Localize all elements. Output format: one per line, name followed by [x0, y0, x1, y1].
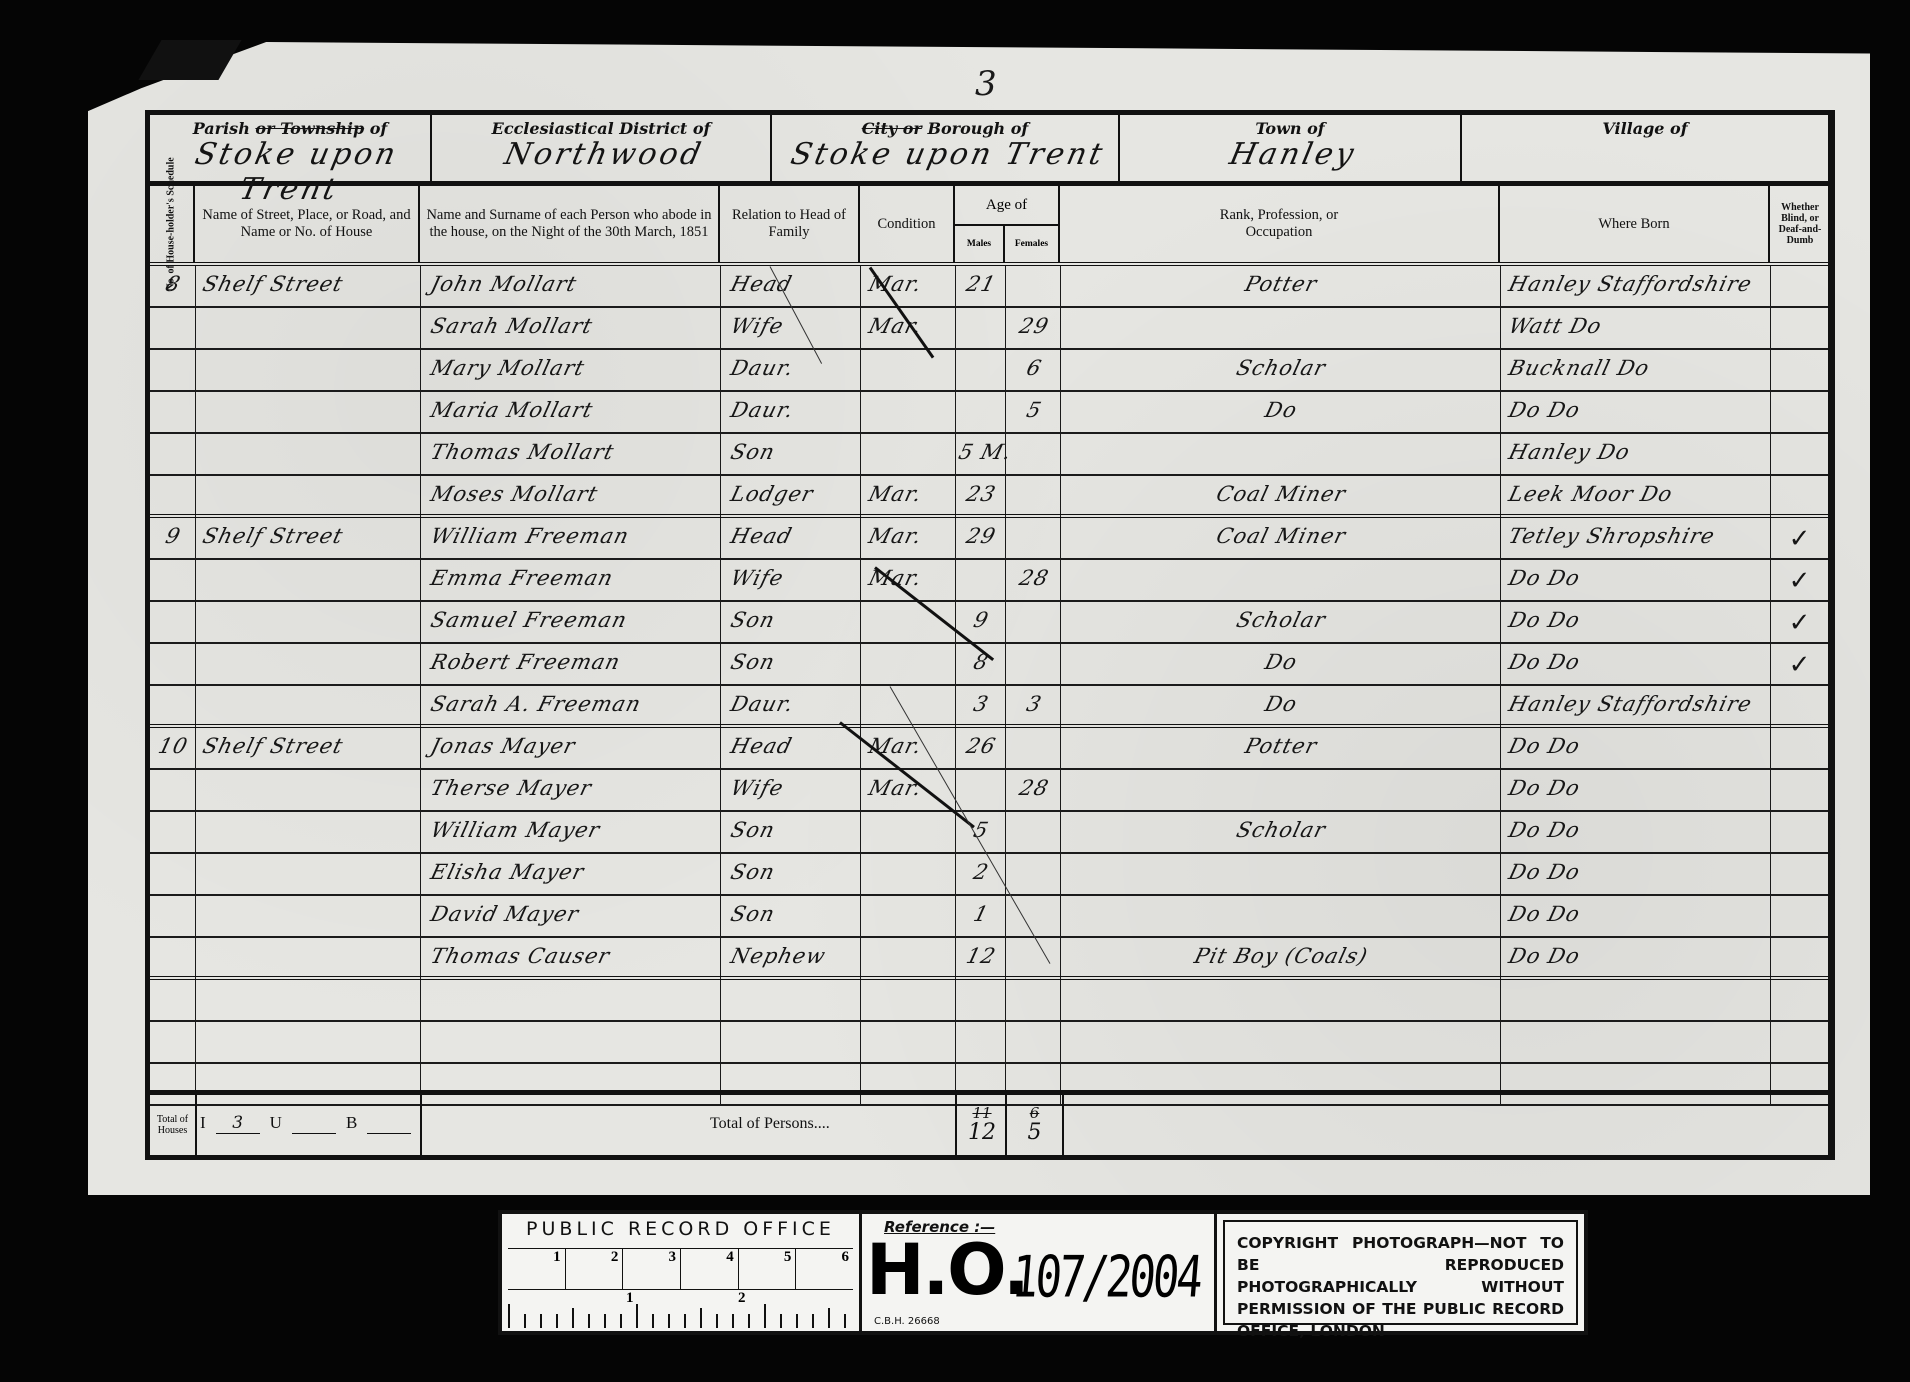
copyright-notice: COPYRIGHT PHOTOGRAPH—NOT TO BE REPRODUCE…	[1223, 1220, 1578, 1325]
cell-relation: Lodger	[726, 482, 859, 516]
table-row: Emma FreemanWifeMar.28Do Do✓	[150, 560, 1828, 602]
ruler-tick	[796, 1314, 798, 1328]
cell-blind	[1775, 272, 1825, 306]
table-row: 10Shelf StreetJonas MayerHeadMar.26Potte…	[150, 728, 1828, 770]
total-males: 1112	[955, 1095, 1007, 1155]
col-name: Name and Surname of each Person who abod…	[420, 186, 720, 262]
cell-relation: Son	[726, 440, 859, 474]
cell-schedule: 9	[150, 524, 194, 558]
table-row: Sarah A. FreemanDaur.33DoHanley Stafford…	[150, 686, 1828, 728]
cell-occupation	[1066, 776, 1494, 810]
ruler-tick	[524, 1314, 526, 1328]
col-street: Name of Street, Place, or Road, and Name…	[195, 186, 420, 262]
cell-blind	[1775, 398, 1825, 432]
column-headers: No. of House-holder's Schedule Name of S…	[150, 186, 1828, 266]
cell-blind	[1775, 860, 1825, 894]
building-count	[367, 1113, 411, 1134]
cell-condition: Mar.	[864, 524, 952, 558]
cell-born: Do Do	[1504, 650, 1767, 684]
cell-name: William Mayer	[426, 818, 719, 852]
cell-blind	[1775, 692, 1825, 726]
table-row: Robert FreemanSon8DoDo Do✓	[150, 644, 1828, 686]
table-row: Therse MayerWifeMar.28Do Do	[150, 770, 1828, 812]
cell-female	[1004, 608, 1062, 642]
cell-name: Elisha Mayer	[426, 860, 719, 894]
cell-name: John Mollart	[426, 272, 719, 306]
cell-street: Shelf Street	[198, 734, 416, 768]
cell-born: Watt Do	[1504, 314, 1767, 348]
cell-schedule	[150, 902, 194, 936]
cell-relation: Wife	[726, 314, 859, 348]
ruler-tick	[620, 1314, 622, 1328]
ruler-tick	[604, 1314, 606, 1328]
cell-street	[198, 608, 416, 642]
cell-male: 23	[954, 482, 1006, 516]
cell-street	[198, 440, 416, 474]
cell-relation: Wife	[726, 566, 859, 600]
cell-male	[954, 314, 1006, 348]
col-age: Age of	[955, 186, 1060, 226]
cell-occupation	[1066, 566, 1494, 600]
cell-condition: Mar.	[864, 482, 952, 516]
cell-relation: Head	[726, 524, 859, 558]
cell-born: Hanley Do	[1504, 440, 1767, 474]
cell-schedule	[150, 356, 194, 390]
ruler-tick	[588, 1314, 590, 1328]
cell-blind	[1775, 818, 1825, 852]
cell-relation	[726, 1028, 859, 1062]
cell-born: Do Do	[1504, 944, 1767, 978]
borough-cell: City or Borough of Stoke upon Trent	[772, 115, 1120, 181]
ruler-tick	[636, 1304, 638, 1328]
cell-female: 28	[1004, 776, 1062, 810]
cell-male: 12	[954, 944, 1006, 978]
cell-street	[198, 314, 416, 348]
cell-schedule	[150, 818, 194, 852]
cell-name: Samuel Freeman	[426, 608, 719, 642]
census-form: Parish or Township of Stoke upon Trent E…	[145, 110, 1835, 1160]
cell-occupation: Potter	[1066, 272, 1494, 306]
cell-occupation	[1066, 986, 1494, 1020]
cell-condition	[864, 902, 952, 936]
cell-occupation	[1066, 440, 1494, 474]
ruler-tick	[716, 1314, 718, 1328]
cell-occupation: Scholar	[1066, 818, 1494, 852]
cell-born	[1504, 986, 1767, 1020]
inch-ruler: 1 2	[508, 1290, 853, 1328]
cell-female	[1004, 902, 1062, 936]
ecclesiastical-district-cell: Ecclesiastical District of Northwood	[432, 115, 772, 181]
cell-born: Do Do	[1504, 860, 1767, 894]
cell-relation: Son	[726, 650, 859, 684]
census-entries: 8Shelf StreetJohn MollartHeadMar.21Potte…	[150, 266, 1828, 1105]
cell-blind	[1775, 356, 1825, 390]
cell-female: 5	[1004, 398, 1062, 432]
col-blind-deaf: Whether Blind, or Deaf-and-Dumb	[1770, 186, 1830, 262]
ruler-tick	[556, 1314, 558, 1328]
cell-street	[198, 902, 416, 936]
cell-relation: Son	[726, 902, 859, 936]
cell-relation: Wife	[726, 776, 859, 810]
total-persons-label: Total of Persons....	[710, 1115, 830, 1133]
col-relation: Relation to Head of Family	[720, 186, 860, 262]
cell-condition	[864, 650, 952, 684]
cell-male	[954, 356, 1006, 390]
cell-schedule	[150, 314, 194, 348]
cell-blind	[1775, 734, 1825, 768]
cell-name: Jonas Mayer	[426, 734, 719, 768]
cell-condition	[864, 440, 952, 474]
col-females: Females	[1005, 226, 1060, 262]
cell-female	[1004, 440, 1062, 474]
cell-male: 5	[954, 818, 1006, 852]
cell-name: Maria Mollart	[426, 398, 719, 432]
col-males: Males	[955, 226, 1005, 262]
location-header: Parish or Township of Stoke upon Trent E…	[150, 115, 1828, 186]
totals-row: Total of Houses I3 U B Total of Persons.…	[150, 1090, 1828, 1155]
cell-street	[198, 692, 416, 726]
ruler-tick	[844, 1314, 846, 1328]
cell-street	[198, 986, 416, 1020]
cell-blind	[1775, 482, 1825, 516]
cell-street	[198, 482, 416, 516]
table-row	[150, 1022, 1828, 1064]
ruler-tick	[508, 1304, 510, 1328]
series-code: H.O.	[866, 1230, 1028, 1310]
cell-born: Leek Moor Do	[1504, 482, 1767, 516]
cell-name: Thomas Causer	[426, 944, 719, 978]
cell-condition	[864, 860, 952, 894]
cell-condition	[864, 944, 952, 978]
cell-relation: Nephew	[726, 944, 859, 978]
ruler-tick	[748, 1314, 750, 1328]
col-where-born: Where Born	[1500, 186, 1770, 262]
public-record-office-label: PUBLIC RECORD OFFICE 1 2 3 4 5 6 1 2 Ref…	[498, 1210, 1588, 1335]
cell-name	[426, 986, 719, 1020]
ecclesiastical-district-value: Northwood	[442, 137, 765, 172]
cell-occupation: Do	[1066, 692, 1494, 726]
pro-ruler-panel: PUBLIC RECORD OFFICE 1 2 3 4 5 6 1 2	[502, 1214, 862, 1331]
cell-occupation	[1066, 1028, 1494, 1062]
pro-title: PUBLIC RECORD OFFICE	[502, 1218, 859, 1240]
cell-name: William Freeman	[426, 524, 719, 558]
cell-occupation: Coal Miner	[1066, 524, 1494, 558]
total-females: 65	[1005, 1095, 1064, 1155]
cell-male	[954, 566, 1006, 600]
cell-schedule	[150, 650, 194, 684]
cell-born: Do Do	[1504, 566, 1767, 600]
cell-blind	[1775, 776, 1825, 810]
cell-street	[198, 776, 416, 810]
inhabited-count: 3	[216, 1113, 260, 1134]
table-row: Moses MollartLodgerMar.23Coal MinerLeek …	[150, 476, 1828, 518]
cell-male: 21	[954, 272, 1006, 306]
cell-occupation: Scholar	[1066, 356, 1494, 390]
table-row: Mary MollartDaur.6ScholarBucknall Do	[150, 350, 1828, 392]
cell-male: 29	[954, 524, 1006, 558]
cell-occupation: Coal Miner	[1066, 482, 1494, 516]
cell-name: Moses Mollart	[426, 482, 719, 516]
table-row: Samuel FreemanSon9ScholarDo Do✓	[150, 602, 1828, 644]
cell-name: Sarah A. Freeman	[426, 692, 719, 726]
cell-relation: Daur.	[726, 398, 859, 432]
cell-name: Mary Mollart	[426, 356, 719, 390]
cell-female	[1004, 272, 1062, 306]
table-row: 9Shelf StreetWilliam FreemanHeadMar.29Co…	[150, 518, 1828, 560]
cell-schedule	[150, 440, 194, 474]
cell-street	[198, 860, 416, 894]
town-cell: Town of Hanley	[1120, 115, 1462, 181]
cell-schedule	[150, 692, 194, 726]
uninhabited-count	[292, 1113, 336, 1134]
ruler-tick	[764, 1304, 766, 1328]
cell-condition	[864, 818, 952, 852]
cell-street: Shelf Street	[198, 524, 416, 558]
ruler-tick	[572, 1308, 574, 1328]
cell-street	[198, 1028, 416, 1062]
cell-female: 3	[1004, 692, 1062, 726]
cell-male	[954, 398, 1006, 432]
pro-reference-panel: Reference :— H.O. 107/2004 C.B.H. 26668	[862, 1214, 1217, 1331]
table-row: Thomas MollartSon5 M.Hanley Do	[150, 434, 1828, 476]
cell-relation: Son	[726, 608, 859, 642]
cell-condition: Mar.	[864, 776, 952, 810]
cell-male: 8	[954, 650, 1006, 684]
piece-number: 107/2004	[1009, 1244, 1202, 1310]
cell-male: 3	[954, 692, 1006, 726]
cell-female	[1004, 986, 1062, 1020]
cell-blind: ✓	[1775, 608, 1825, 642]
cell-schedule	[150, 860, 194, 894]
cell-relation: Son	[726, 818, 859, 852]
cell-schedule	[150, 944, 194, 978]
cell-relation: Head	[726, 272, 859, 306]
borough-value: Stoke upon Trent	[782, 137, 1113, 172]
cell-female	[1004, 944, 1062, 978]
cell-condition	[864, 1028, 952, 1062]
cell-condition	[864, 692, 952, 726]
table-row: Thomas CauserNephew12Pit Boy (Coals)Do D…	[150, 938, 1828, 980]
parish-cell: Parish or Township of Stoke upon Trent	[150, 115, 432, 181]
cell-street: Shelf Street	[198, 272, 416, 306]
cell-occupation: Do	[1066, 398, 1494, 432]
cell-blind: ✓	[1775, 524, 1825, 558]
cell-male: 26	[954, 734, 1006, 768]
cell-name: Sarah Mollart	[426, 314, 719, 348]
houses-tally: I3 U B	[200, 1113, 411, 1134]
cell-occupation	[1066, 860, 1494, 894]
cell-relation: Son	[726, 860, 859, 894]
cell-name: Therse Mayer	[426, 776, 719, 810]
cell-male: 2	[954, 860, 1006, 894]
cell-street	[198, 356, 416, 390]
total-houses-label: Total of Houses	[150, 1095, 197, 1155]
cell-schedule	[150, 398, 194, 432]
cell-occupation: Potter	[1066, 734, 1494, 768]
cell-female: 28	[1004, 566, 1062, 600]
cell-street	[198, 944, 416, 978]
cell-female	[1004, 1028, 1062, 1062]
cell-blind	[1775, 986, 1825, 1020]
cell-condition	[864, 356, 952, 390]
cell-schedule	[150, 608, 194, 642]
cell-born: Do Do	[1504, 776, 1767, 810]
page-number: 3	[975, 64, 997, 104]
cell-male	[954, 986, 1006, 1020]
ruler-tick	[652, 1314, 654, 1328]
ruler-tick	[540, 1314, 542, 1328]
cell-occupation: Scholar	[1066, 608, 1494, 642]
cell-born: Do Do	[1504, 902, 1767, 936]
ruler-tick	[684, 1314, 686, 1328]
cell-female: 29	[1004, 314, 1062, 348]
cell-occupation: Do	[1066, 650, 1494, 684]
cell-schedule: 8	[150, 272, 194, 306]
cell-male: 5 M.	[954, 440, 1006, 474]
cell-born: Bucknall Do	[1504, 356, 1767, 390]
cell-blind	[1775, 440, 1825, 474]
table-row: David MayerSon1Do Do	[150, 896, 1828, 938]
table-row: Maria MollartDaur.5DoDo Do	[150, 392, 1828, 434]
col-occupation: Rank, Profession, or Occupation	[1060, 186, 1500, 262]
table-row: 8Shelf StreetJohn MollartHeadMar.21Potte…	[150, 266, 1828, 308]
cell-born: Hanley Staffordshire	[1504, 272, 1767, 306]
ruler-tick	[732, 1314, 734, 1328]
cell-born: Do Do	[1504, 818, 1767, 852]
cell-name: David Mayer	[426, 902, 719, 936]
cell-occupation	[1066, 902, 1494, 936]
cell-female	[1004, 860, 1062, 894]
cell-schedule	[150, 566, 194, 600]
cell-born: Do Do	[1504, 398, 1767, 432]
town-value: Hanley	[1130, 137, 1455, 172]
cell-born: Hanley Staffordshire	[1504, 692, 1767, 726]
cell-street	[198, 650, 416, 684]
cell-blind: ✓	[1775, 650, 1825, 684]
cell-male: 1	[954, 902, 1006, 936]
cell-relation: Daur.	[726, 692, 859, 726]
cell-blind: ✓	[1775, 566, 1825, 600]
cell-blind	[1775, 314, 1825, 348]
ruler-tick	[668, 1314, 670, 1328]
table-row: Sarah MollartWifeMar.29Watt Do	[150, 308, 1828, 350]
cell-blind	[1775, 902, 1825, 936]
cell-name: Thomas Mollart	[426, 440, 719, 474]
col-condition: Condition	[860, 186, 955, 262]
cell-relation	[726, 986, 859, 1020]
cell-female	[1004, 482, 1062, 516]
cell-street	[198, 398, 416, 432]
cell-occupation: Pit Boy (Coals)	[1066, 944, 1494, 978]
cell-condition	[864, 398, 952, 432]
cell-schedule	[150, 776, 194, 810]
cell-born: Tetley Shropshire	[1504, 524, 1767, 558]
table-row	[150, 980, 1828, 1022]
cell-condition	[864, 986, 952, 1020]
cell-schedule	[150, 1028, 194, 1062]
cell-male	[954, 776, 1006, 810]
cell-born: Do Do	[1504, 734, 1767, 768]
cell-female	[1004, 524, 1062, 558]
cell-schedule	[150, 482, 194, 516]
cell-name	[426, 1028, 719, 1062]
cell-female: 6	[1004, 356, 1062, 390]
cell-schedule: 10	[150, 734, 194, 768]
ruler-tick	[780, 1314, 782, 1328]
col-schedule: No. of House-holder's Schedule	[150, 186, 195, 262]
cell-street	[198, 566, 416, 600]
cell-name: Robert Freeman	[426, 650, 719, 684]
cell-born: Do Do	[1504, 608, 1767, 642]
cell-condition	[864, 608, 952, 642]
cell-relation: Head	[726, 734, 859, 768]
ruler-tick	[700, 1308, 702, 1328]
cell-male	[954, 1028, 1006, 1062]
cell-born	[1504, 1028, 1767, 1062]
cell-relation: Daur.	[726, 356, 859, 390]
village-cell: Village of	[1462, 115, 1828, 181]
ruler-tick	[828, 1308, 830, 1328]
cell-schedule	[150, 986, 194, 1020]
cell-street	[198, 818, 416, 852]
cell-blind	[1775, 944, 1825, 978]
cell-name: Emma Freeman	[426, 566, 719, 600]
cell-blind	[1775, 1028, 1825, 1062]
table-row: William MayerSon5ScholarDo Do	[150, 812, 1828, 854]
cm-ruler: 1 2 3 4 5 6	[508, 1248, 853, 1290]
cbh-number: C.B.H. 26668	[874, 1316, 940, 1327]
cell-female	[1004, 734, 1062, 768]
ruler-tick	[812, 1314, 814, 1328]
cell-occupation	[1066, 314, 1494, 348]
cell-female	[1004, 818, 1062, 852]
cell-female	[1004, 650, 1062, 684]
